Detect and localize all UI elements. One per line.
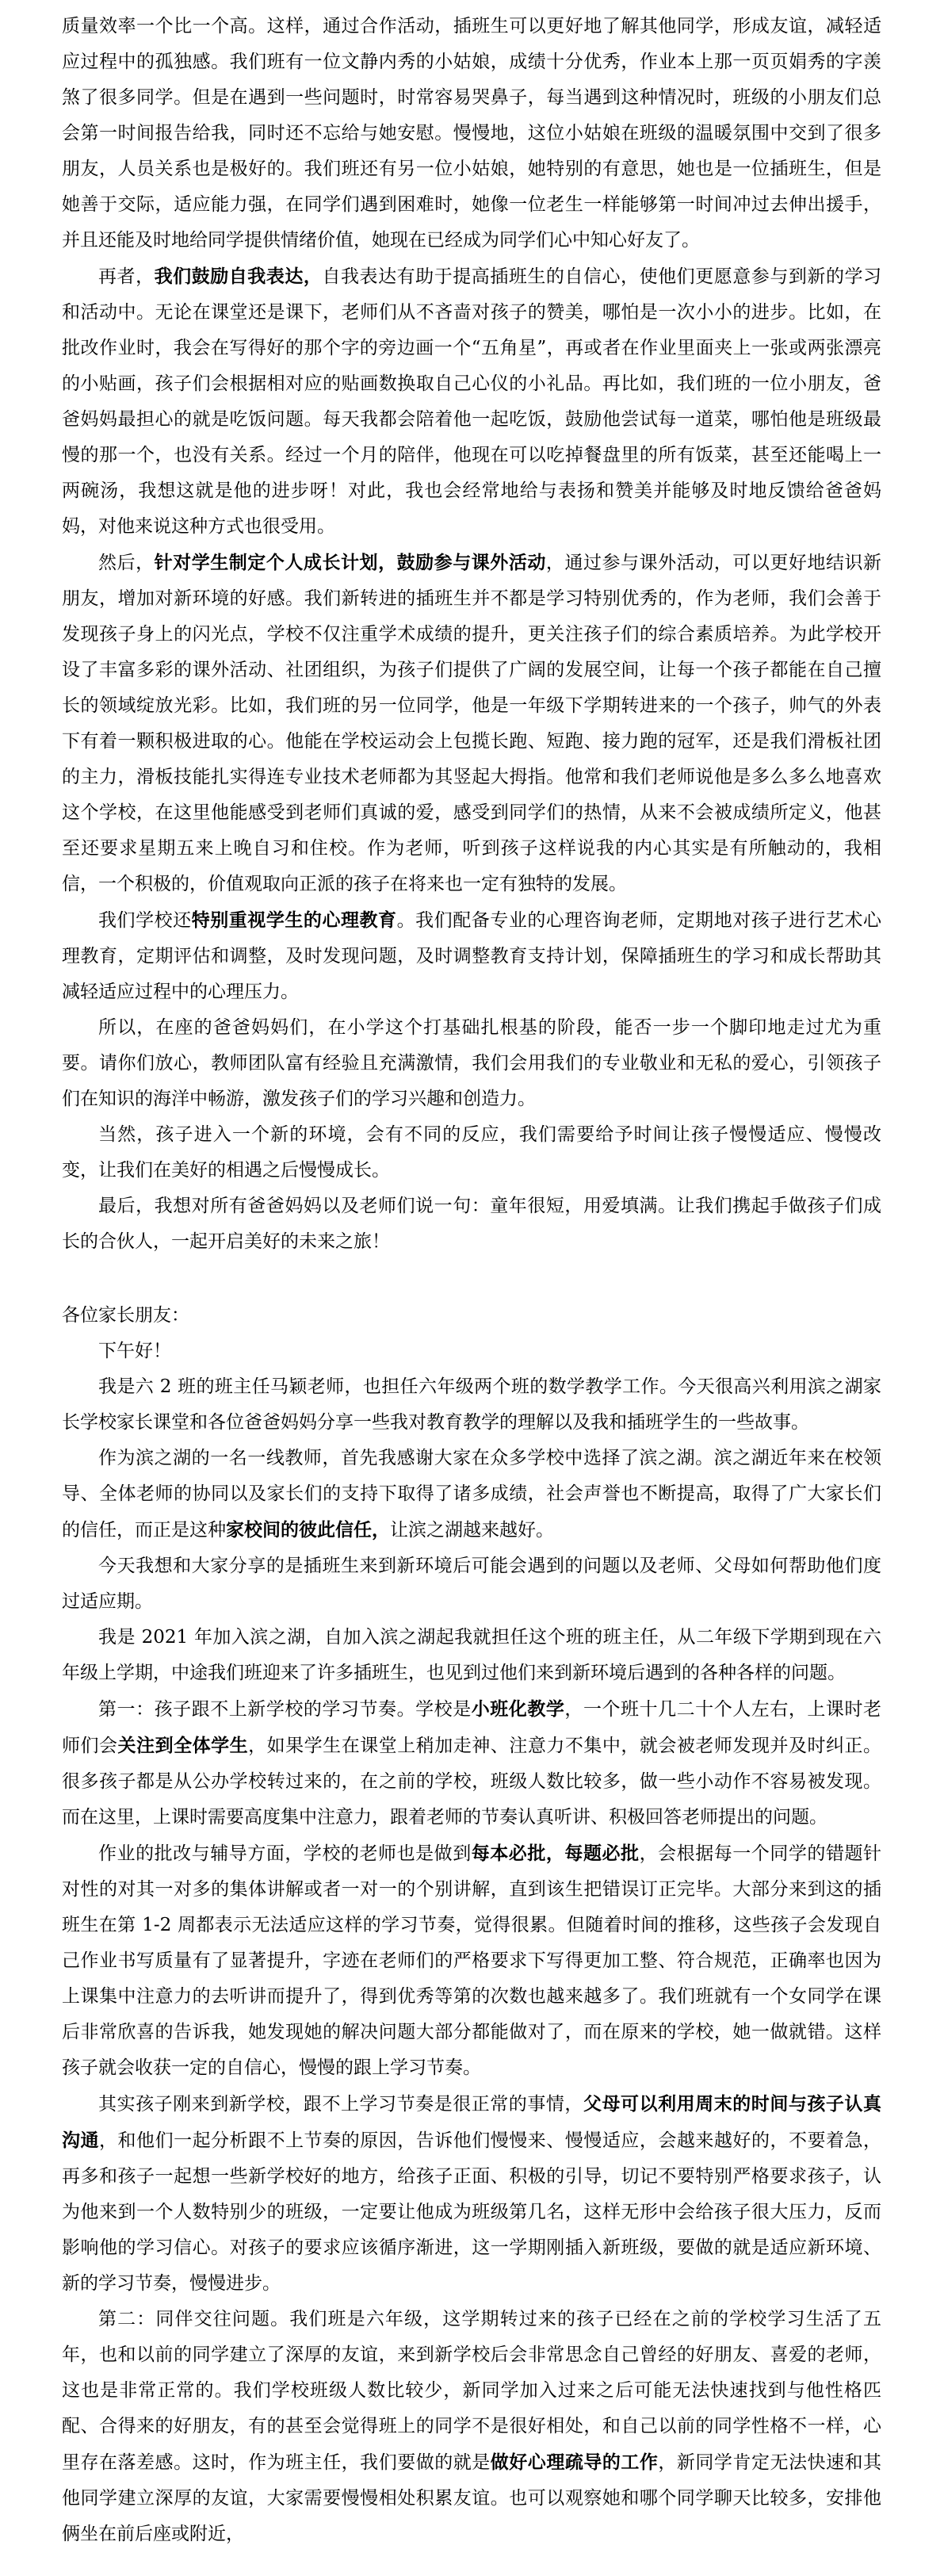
text-run: 第一：孩子跟不上新学校的学习节奏。学校是 bbox=[98, 1699, 472, 1720]
text-run: 作业的批改与辅导方面，学校的老师也是做到 bbox=[98, 1843, 472, 1864]
text-run: 我是六 2 班的班主任马颖老师，也担任六年级两个班的数学教学工作。今天很高兴利用… bbox=[62, 1376, 881, 1433]
text-run: 所以，在座的爸爸妈妈们，在小学这个打基础扎根基的阶段，能否一步一个脚印地走过尤为… bbox=[62, 1017, 881, 1109]
paragraph-speech2-greeting: 下午好！ bbox=[62, 1334, 881, 1369]
paragraph-speech1-growth-plan: 然后，针对学生制定个人成长计划，鼓励参与课外活动，通过参与课外活动，可以更好地结… bbox=[62, 545, 881, 902]
paragraph-speech1-closing: 最后，我想对所有爸爸妈妈以及老师们说一句：童年很短，用爱填满。让我们携起手做孩子… bbox=[62, 1188, 881, 1260]
paragraph-speech2-issue1-pace: 第一：孩子跟不上新学校的学习节奏。学校是小班化教学，一个班十几二十个人左右，上课… bbox=[62, 1691, 881, 1835]
paragraph-speech1-adaptation-time: 当然，孩子进入一个新的环境，会有不同的反应，我们需要给予时间让孩子慢慢适应、慢慢… bbox=[62, 1117, 881, 1188]
emphasis-text: 针对学生制定个人成长计划，鼓励参与课外活动 bbox=[155, 552, 546, 573]
text-run: 再者， bbox=[98, 266, 155, 287]
emphasis-text: 家校间的彼此信任， bbox=[226, 1519, 390, 1541]
text-run: 质量效率一个比一个高。这样，通过合作活动，插班生可以更好地了解其他同学，形成友谊… bbox=[62, 16, 881, 251]
emphasis-text: 特别重视学生的心理教育 bbox=[192, 909, 397, 931]
paragraph-speech2-experience: 我是 2021 年加入滨之湖，自加入滨之湖起我就担任这个班的班主任，从二年级下学… bbox=[62, 1620, 881, 1691]
paragraph-speech1-cooperation: 质量效率一个比一个高。这样，通过合作活动，插班生可以更好地了解其他同学，形成友谊… bbox=[62, 9, 881, 258]
text-run: 我们学校还 bbox=[98, 910, 192, 931]
paragraph-speech2-topic: 今天我想和大家分享的是插班生来到新环境后可能会遇到的问题以及老师、父母如何帮助他… bbox=[62, 1548, 881, 1620]
text-run: 第二：同伴交往问题。我们班是六年级，这学期转过来的孩子已经在之前的学校学习生活了… bbox=[62, 2309, 881, 2473]
paragraph-speech2-salutation: 各位家长朋友： bbox=[62, 1298, 881, 1334]
text-run: 我是 2021 年加入滨之湖，自加入滨之湖起我就担任这个班的班主任，从二年级下学… bbox=[62, 1627, 881, 1683]
section-break bbox=[62, 1260, 881, 1298]
paragraph-speech2-homework: 作业的批改与辅导方面，学校的老师也是做到每本必批，每题必批，会根据每一个同学的错… bbox=[62, 1835, 881, 2086]
paragraph-speech1-reassurance: 所以，在座的爸爸妈妈们，在小学这个打基础扎根基的阶段，能否一步一个脚印地走过尤为… bbox=[62, 1010, 881, 1117]
text-run: 当然，孩子进入一个新的环境，会有不同的反应，我们需要给予时间让孩子慢慢适应、慢慢… bbox=[62, 1124, 881, 1181]
text-run: ，通过参与课外活动，可以更好地结识新朋友，增加对新环境的好感。我们新转进的插班生… bbox=[62, 553, 881, 894]
text-run: 自我表达有助于提高插班生的自信心，使他们更愿意参与到新的学习和活动中。无论在课堂… bbox=[62, 266, 881, 537]
emphasis-text: 小班化教学 bbox=[472, 1698, 565, 1720]
paragraph-speech1-self-expression: 再者，我们鼓励自我表达，自我表达有助于提高插班生的自信心，使他们更愿意参与到新的… bbox=[62, 258, 881, 545]
paragraph-speech2-issue2-peers: 第二：同伴交往问题。我们班是六年级，这学期转过来的孩子已经在之前的学校学习生活了… bbox=[62, 2302, 881, 2552]
text-run: 让滨之湖越来越好。 bbox=[390, 1520, 554, 1541]
text-run: ，会根据每一个同学的错题针对性的对其一对多的集体讲解或者一对一的个别讲解，直到该… bbox=[62, 1843, 881, 2078]
text-run: 最后，我想对所有爸爸妈妈以及老师们说一句：童年很短，用爱填满。让我们携起手做孩子… bbox=[62, 1196, 881, 1252]
emphasis-text: 做好心理疏导的工作 bbox=[491, 2452, 659, 2473]
paragraph-speech2-parent-advice: 其实孩子刚来到新学校，跟不上学习节奏是很正常的事情，父母可以利用周末的时间与孩子… bbox=[62, 2086, 881, 2302]
text-run: ，和他们一起分析跟不上节奏的原因，告诉他们慢慢来、慢慢适应，会越来越好的，不要着… bbox=[62, 2130, 881, 2294]
text-run: 各位家长朋友： bbox=[62, 1305, 189, 1326]
emphasis-text: 每本必批，每题必批 bbox=[472, 1843, 640, 1864]
emphasis-text: 我们鼓励自我表达， bbox=[155, 266, 323, 287]
paragraph-speech1-psych-education: 我们学校还特别重视学生的心理教育。我们配备专业的心理咨询老师，定期地对孩子进行艺… bbox=[62, 902, 881, 1010]
text-run: 下午好！ bbox=[98, 1341, 171, 1361]
text-run: 其实孩子刚来到新学校，跟不上学习节奏是很正常的事情， bbox=[98, 2094, 583, 2115]
text-run: 今天我想和大家分享的是插班生来到新环境后可能会遇到的问题以及老师、父母如何帮助他… bbox=[62, 1556, 881, 1612]
emphasis-text: 关注到全体学生 bbox=[118, 1735, 249, 1756]
text-run: 然后， bbox=[98, 553, 155, 573]
document-page: 质量效率一个比一个高。这样，通过合作活动，插班生可以更好地了解其他同学，形成友谊… bbox=[0, 0, 944, 2576]
paragraph-speech2-school-trust: 作为滨之湖的一名一线教师，首先我感谢大家在众多学校中选择了滨之湖。滨之湖近年来在… bbox=[62, 1441, 881, 1548]
paragraph-speech2-self-introduction: 我是六 2 班的班主任马颖老师，也担任六年级两个班的数学教学工作。今天很高兴利用… bbox=[62, 1369, 881, 1441]
